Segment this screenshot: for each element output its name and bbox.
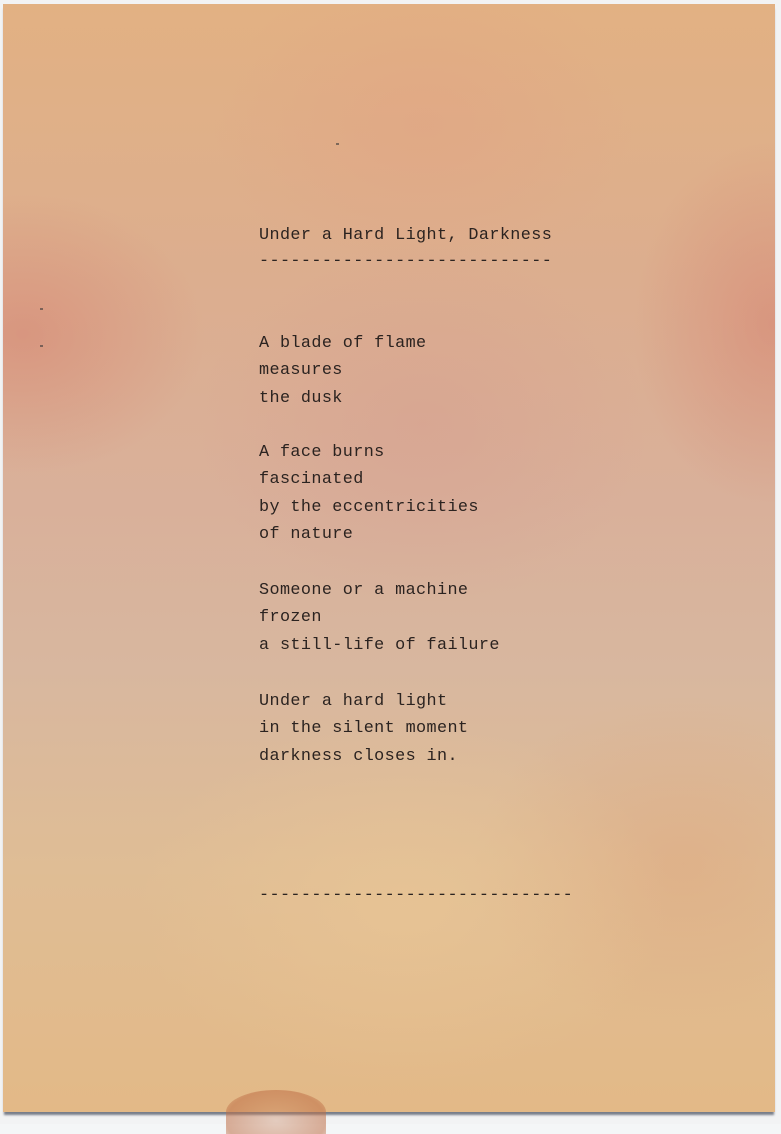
poem-line: darkness closes in. [259,743,468,770]
poem-line: frozen [259,604,500,631]
poem-line: of nature [259,521,479,548]
poem-line: by the eccentricities [259,494,479,521]
poem-line: measures [259,357,427,384]
poem-line: A blade of flame [259,330,427,357]
poem-line: the dusk [259,385,427,412]
paper-speck [40,308,43,310]
end-rule: ------------------------------ [259,886,573,905]
poem-line: fascinated [259,466,479,493]
stanza-1: A blade of flame measures the dusk [259,330,427,412]
title-underline: ---------------------------- [259,252,552,271]
stanza-3: Someone or a machine frozen a still-life… [259,577,500,659]
typewritten-page [3,4,775,1112]
paper-speck [336,143,339,145]
stanza-2: A face burns fascinated by the eccentric… [259,439,479,549]
poem-line: Under a hard light [259,688,468,715]
poem-line: A face burns [259,439,479,466]
stanza-4: Under a hard light in the silent moment … [259,688,468,770]
poem-line: in the silent moment [259,715,468,742]
paper-speck [40,345,43,347]
poem-line: Someone or a machine [259,577,500,604]
poem-title: Under a Hard Light, Darkness [259,226,552,245]
poem-line: a still-life of failure [259,632,500,659]
